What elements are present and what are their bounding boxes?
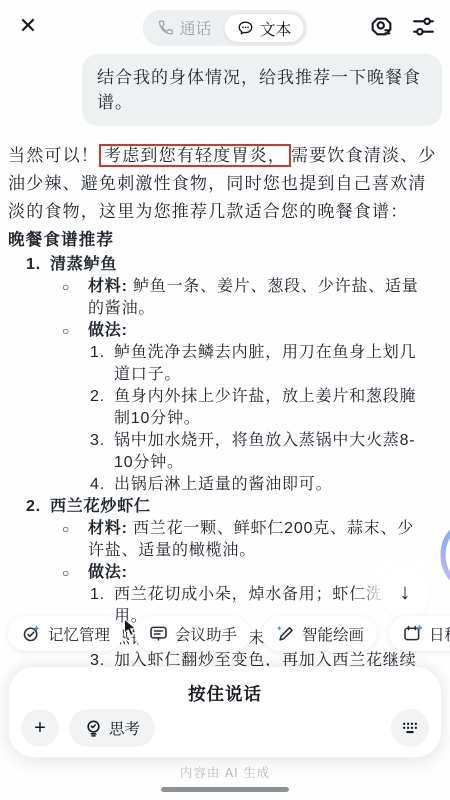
chat-bubble-icon	[237, 19, 255, 37]
intro-before: 当然可以！	[8, 146, 99, 165]
home-indicator	[161, 787, 289, 792]
down-arrow-icon: ↓	[400, 579, 411, 605]
calendar-plus-icon	[402, 623, 423, 644]
user-message-bubble: 结合我的身体情况，给我推荐一下晚餐食谱。	[82, 54, 442, 126]
list-item: 2. 鱼身内外抹上少许盐，放上姜片和葱段腌制10分钟。	[90, 386, 442, 430]
close-button[interactable]: ✕	[14, 12, 42, 40]
list-item: 2. 西兰花炒虾仁	[26, 496, 442, 518]
scroll-to-bottom-button[interactable]: ↓	[380, 567, 430, 617]
think-label: 思考	[109, 717, 140, 739]
paintbrush-icon	[275, 623, 296, 644]
mouse-cursor	[123, 618, 138, 638]
presentation-board-icon	[148, 623, 169, 644]
ai-intro-paragraph: 当然可以！考虑到您有轻度胃炎，需要饮食清淡、少油少辣、避免刺激性食物，同时您也提…	[8, 142, 442, 226]
chip-meeting-assistant[interactable]: 会议助手	[135, 616, 250, 651]
chip-schedule[interactable]: 日程	[389, 616, 450, 651]
section-title: 晚餐食谱推荐	[8, 226, 442, 254]
list-item: ○ 材料: 鲈鱼一条、姜片、葱段、少许盐、适量的酱油。	[62, 276, 442, 320]
hold-to-talk-label[interactable]: 按住说话	[9, 681, 441, 706]
step-text: 出锅后淋上适量的酱油即可。	[114, 474, 332, 496]
phone-icon	[157, 19, 174, 36]
list-marker: 2.	[26, 496, 50, 518]
add-button[interactable]: +	[21, 709, 59, 747]
think-toggle-button[interactable]: 思考	[69, 709, 155, 747]
step-text: 鲈鱼洗净去鳞去内脏，用刀在鱼身上划几道口子。	[114, 342, 432, 386]
settings-button[interactable]	[410, 13, 436, 39]
step-text: 鱼身内外抹上少许盐，放上姜片和葱段腌制10分钟。	[114, 386, 432, 430]
chip-label: 会议助手	[175, 623, 237, 645]
bullet-marker: ○	[62, 276, 88, 320]
memory-check-icon	[21, 623, 42, 644]
bullet-marker: ○	[62, 562, 88, 584]
list-item: 3. 锅中加水烧开，将鱼放入蒸锅中大火蒸8-10分钟。	[90, 430, 442, 474]
materials-label: 材料:	[88, 520, 128, 537]
sliders-icon	[411, 14, 436, 39]
chip-label: 智能绘画	[302, 623, 364, 645]
steps-label: 做法:	[88, 322, 128, 339]
voice-panel-buttons: + 思考	[21, 709, 429, 747]
materials-text: 西兰花一颗、鲜虾仁200克、蒜末、少许盐、适量的橄榄油。	[88, 520, 414, 559]
step-marker: 3.	[90, 430, 114, 474]
materials-label: 材料:	[88, 278, 128, 295]
keyboard-toggle-button[interactable]	[391, 709, 429, 747]
edge-arc-decoration	[432, 528, 450, 584]
voice-input-panel[interactable]: 按住说话 + 思考	[8, 666, 442, 758]
step-text: 锅中加水烧开，将鱼放入蒸锅中大火蒸8-10分钟。	[114, 430, 432, 474]
list-marker: 1.	[26, 254, 50, 276]
highlight-annotation-box: 考虑到您有轻度胃炎，	[99, 144, 291, 167]
recipe-name: 西兰花炒虾仁	[50, 496, 151, 518]
bullet-marker: ○	[62, 518, 88, 562]
step-marker: 1.	[90, 342, 114, 386]
skill-chips-toolbar: 记忆管理 会议助手 智能绘画	[8, 616, 450, 651]
chip-memory-management[interactable]: 记忆管理	[8, 616, 123, 651]
chip-label: 记忆管理	[48, 623, 110, 645]
list-item: 1. 鲈鱼洗净去鳞去内脏，用刀在鱼身上划几道口子。	[90, 342, 442, 386]
lightbulb-icon	[84, 719, 103, 738]
recipe-name: 清蒸鲈鱼	[50, 254, 117, 276]
ai-generated-notice: 内容由 AI 生成	[0, 763, 450, 781]
close-icon: ✕	[19, 13, 37, 39]
tab-call-label: 通话	[179, 16, 211, 39]
list-item: 1. 清蒸鲈鱼	[26, 254, 442, 276]
chat-screen: ✕ 通话 文本	[0, 0, 450, 800]
materials-text: 鲈鱼一条、姜片、葱段、少许盐、适量的酱油。	[88, 278, 419, 317]
lens-badge-icon	[369, 14, 394, 39]
plus-icon: +	[34, 717, 46, 740]
tab-call[interactable]: 通话	[145, 13, 223, 41]
tab-text-label: 文本	[260, 17, 292, 40]
lens-badge-button[interactable]	[368, 13, 394, 39]
keyboard-icon	[400, 720, 420, 736]
top-right-icons	[368, 13, 436, 39]
list-item: 4. 出锅后淋上适量的酱油即可。	[90, 474, 442, 496]
step-marker: 4.	[90, 474, 114, 496]
chip-label: 日程	[429, 623, 450, 645]
chip-smart-painting[interactable]: 智能绘画	[262, 616, 377, 651]
bullet-marker: ○	[62, 320, 88, 342]
steps-label: 做法:	[88, 564, 128, 581]
step-marker: 2.	[90, 386, 114, 430]
list-item: ○ 做法:	[62, 320, 442, 342]
tab-text[interactable]: 文本	[224, 13, 305, 43]
list-item: ○ 材料: 西兰花一颗、鲜虾仁200克、蒜末、少许盐、适量的橄榄油。	[62, 518, 442, 562]
